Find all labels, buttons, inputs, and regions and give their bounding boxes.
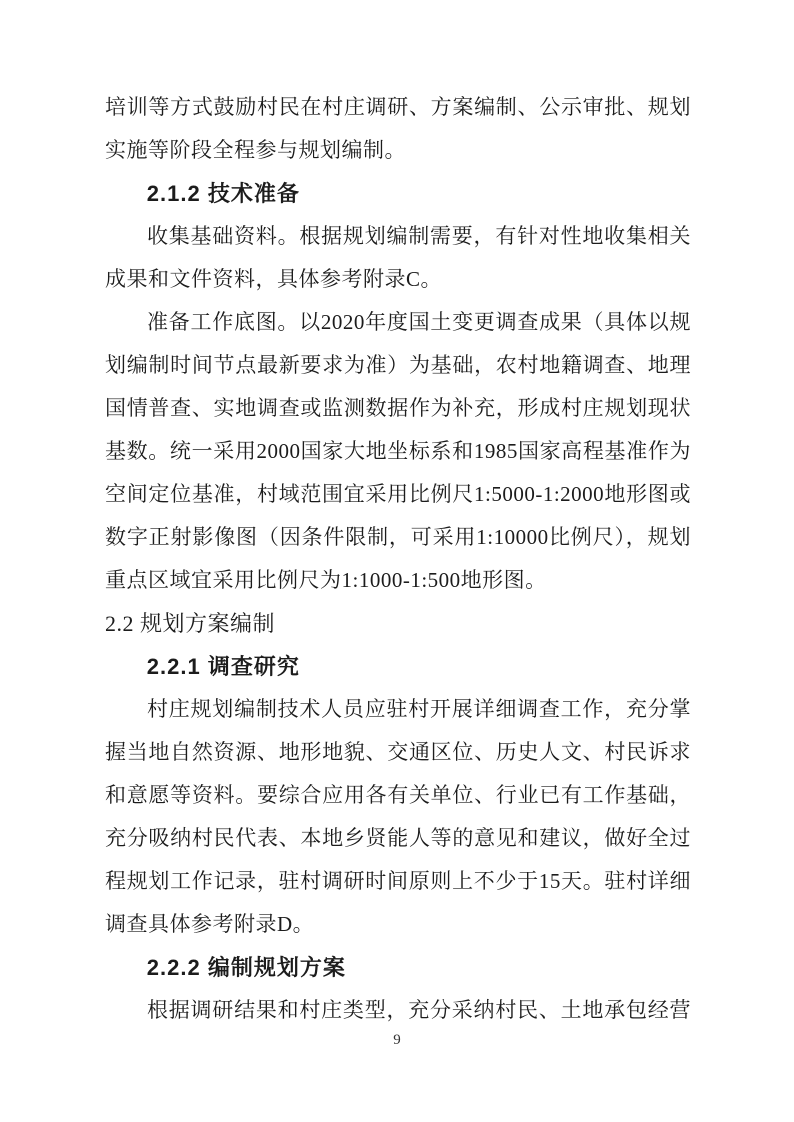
body-line: 和意愿等资料。要综合应用各有关单位、行业已有工作基础， [105,774,691,817]
body-line: 基数。统一采用2000国家大地坐标系和1985国家高程基准作为 [105,430,691,473]
body-line: 调查具体参考附录D。 [105,903,691,946]
body-line: 准备工作底图。以2020年度国土变更调查成果（具体以规 [105,301,691,344]
body-line: 空间定位基准，村域范围宜采用比例尺1:5000-1:2000地形图或 [105,473,691,516]
page-number: 9 [0,1026,794,1054]
section-heading: 2.2 规划方案编制 [105,602,691,645]
body-line: 实施等阶段全程参与规划编制。 [105,129,691,172]
document-body: 培训等方式鼓励村民在村庄调研、方案编制、公示审批、规划 实施等阶段全程参与规划编… [105,86,691,1032]
body-line: 重点区域宜采用比例尺为1:1000-1:500地形图。 [105,559,691,602]
body-line: 培训等方式鼓励村民在村庄调研、方案编制、公示审批、规划 [105,86,691,129]
body-line: 划编制时间节点最新要求为准）为基础，农村地籍调查、地理 [105,344,691,387]
subsection-heading: 2.2.2 编制规划方案 [105,946,691,989]
subsection-heading: 2.2.1 调查研究 [105,645,691,688]
body-line: 握当地自然资源、地形地貌、交通区位、历史人文、村民诉求 [105,731,691,774]
document-page: 培训等方式鼓励村民在村庄调研、方案编制、公示审批、规划 实施等阶段全程参与规划编… [0,0,794,1122]
subsection-heading: 2.1.2 技术准备 [105,172,691,215]
body-line: 程规划工作记录，驻村调研时间原则上不少于15天。驻村详细 [105,860,691,903]
body-line: 收集基础资料。根据规划编制需要，有针对性地收集相关 [105,215,691,258]
body-line: 数字正射影像图（因条件限制，可采用1:10000比例尺），规划 [105,516,691,559]
body-line: 充分吸纳村民代表、本地乡贤能人等的意见和建议，做好全过 [105,817,691,860]
body-line: 成果和文件资料，具体参考附录C。 [105,258,691,301]
body-line: 村庄规划编制技术人员应驻村开展详细调查工作，充分掌 [105,688,691,731]
body-line: 国情普查、实地调查或监测数据作为补充，形成村庄规划现状 [105,387,691,430]
